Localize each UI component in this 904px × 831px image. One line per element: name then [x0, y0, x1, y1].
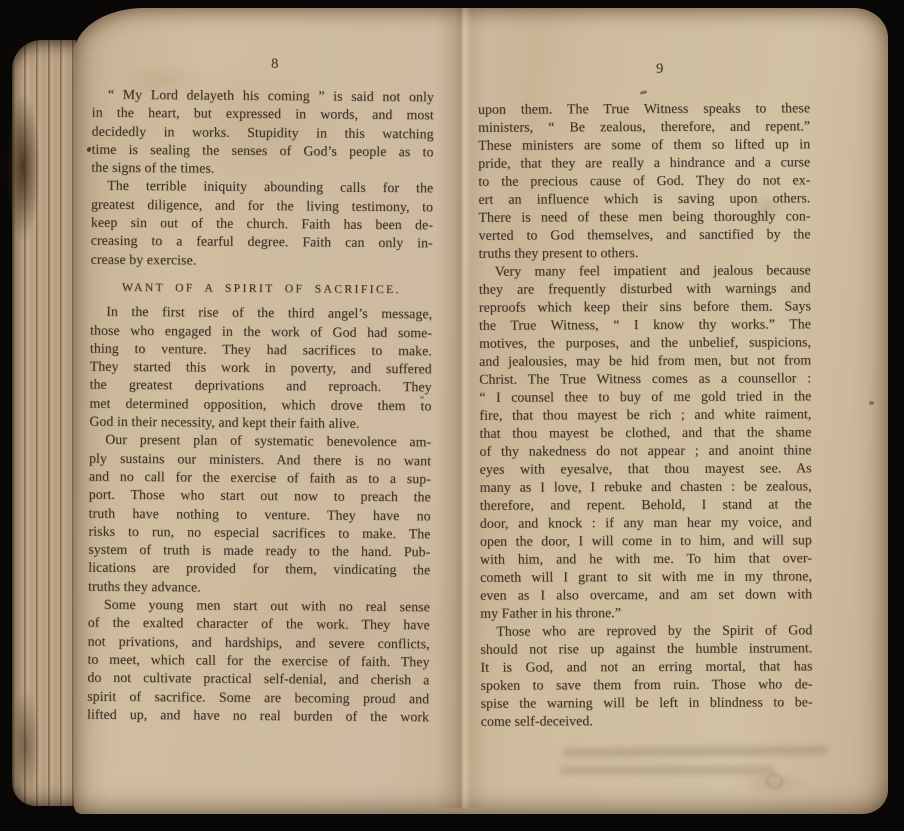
text-line: crease by exercise. [91, 250, 433, 271]
text-line: that thou mayest be clothed, and that th… [479, 423, 811, 442]
text-line: creasing to a fearful degree. Faith can … [91, 232, 433, 253]
text-line: Our present plan of systematic benevolen… [89, 431, 431, 452]
section-heading: WANT OF A SPIRIT OF SACRIFICE. [90, 279, 432, 300]
text-line: truths they present to others. [479, 243, 811, 262]
text-line: and jealousies, may be hid from men, but… [479, 351, 811, 370]
text-line: with him, and he with me. To him that ov… [480, 549, 812, 568]
text-line: Very many feel impatient and jealous bec… [479, 261, 811, 280]
text-line: ministers, “ Be zealous, therefore, and … [478, 117, 810, 136]
text-line: cometh will I grant to sit with me in my… [480, 567, 812, 586]
worn-edge-bottom [10, 690, 40, 800]
text-line: door, and knock : if any man hear my voi… [480, 513, 812, 532]
worn-edge-chip [6, 92, 40, 242]
text-line: reproofs which keep their sins before th… [479, 297, 811, 316]
show-through-smudge [560, 766, 775, 775]
ink-speck [420, 396, 424, 399]
text-line: they are frequently disturbed with warni… [479, 279, 811, 298]
text-line: spirit of sacrifice. Some are becoming p… [87, 687, 429, 708]
text-line: In the first rise of the third angel’s m… [90, 303, 432, 324]
page-number-left: 8 [271, 56, 279, 73]
text-line: fire, that thou mayest be rich ; and whi… [479, 405, 811, 424]
text-line: to the precious cause of God. They do no… [478, 171, 810, 190]
text-line: spise the warning will be left in blindn… [481, 693, 813, 712]
text-line: port. Those who start out now to preach … [89, 486, 431, 507]
paper-stain [738, 770, 808, 796]
text-line: my Father in his throne.” [480, 603, 812, 622]
text-line: There is need of these men being thoroug… [478, 207, 810, 226]
text-line: Those who are reproved by the Spirit of … [480, 621, 812, 640]
left-page-text: “ My Lord delayeth his coming ” is said … [87, 86, 434, 727]
text-line: “ I counsel thee to buy of me gold tried… [479, 387, 811, 406]
text-line: many as I love, I rebuke and chasten : b… [480, 477, 812, 496]
paragraph: Those who are reproved by the Spirit of … [480, 621, 812, 730]
text-line: motives, the purposes, and the unbelief,… [479, 333, 811, 352]
right-page-text: upon them. The True Witness speaks to th… [478, 99, 813, 730]
text-line: in the heart, but expressed in words, an… [92, 104, 434, 125]
paragraph: Some young men start out with no real se… [87, 596, 430, 727]
text-line: of thy nakedness do not appear ; and ano… [479, 441, 811, 460]
text-line: open the door, I will come in to him, an… [480, 531, 812, 550]
text-line: even as I also overcame, and am set down… [480, 585, 812, 604]
text-line: lications are provided for them, vindica… [88, 559, 430, 580]
ink-speck [869, 401, 874, 405]
book-photo: 8 9 “ My Lord delayeth his coming ” is s… [0, 0, 904, 831]
text-line: Christ. The True Witness comes as a coun… [479, 369, 811, 388]
text-line: the greatest deprivations and reproach. … [90, 376, 432, 397]
text-line: upon them. The True Witness speaks to th… [478, 99, 810, 118]
text-line: The terrible iniquity abounding calls fo… [91, 177, 433, 198]
paragraph: The terrible iniquity abounding calls fo… [91, 177, 434, 271]
text-line: come self-deceived. [481, 711, 813, 730]
text-line: ert an influence which is saving upon ot… [478, 189, 810, 208]
text-line: the True Witness, “ I know thy works.” T… [479, 315, 811, 334]
paragraph: Our present plan of systematic benevolen… [88, 431, 431, 598]
paragraph: upon them. The True Witness speaks to th… [478, 99, 811, 262]
text-line: It is God, and not an erring mortal, tha… [480, 657, 812, 676]
text-line: eyes with eyesalve, that thou mayest see… [480, 459, 812, 478]
paragraph: In the first rise of the third angel’s m… [89, 303, 432, 434]
text-line: truth have nothing to venture. They have… [89, 504, 431, 525]
text-line: should not rise up against the humble in… [480, 639, 812, 658]
paragraph: Very many feel impatient and jealous bec… [479, 261, 813, 622]
page-number-right: 9 [656, 61, 664, 78]
text-line: do not cultivate practical self-denial, … [87, 669, 429, 690]
text-line: pride, that they are really a hindrance … [478, 153, 810, 172]
text-line: These ministers are some of them so lift… [478, 135, 810, 154]
text-line: lifted up, and have no real burden of th… [87, 705, 429, 726]
text-line: spoken to save them from ruin. Those who… [481, 675, 813, 694]
text-line: therefore, and repent. Behold, I stand a… [480, 495, 812, 514]
text-line: of the exalted character of the work. Th… [88, 614, 430, 635]
text-line: verted to God themselves, and sanctified… [479, 225, 811, 244]
paragraph: “ My Lord delayeth his coming ” is said … [91, 86, 434, 180]
